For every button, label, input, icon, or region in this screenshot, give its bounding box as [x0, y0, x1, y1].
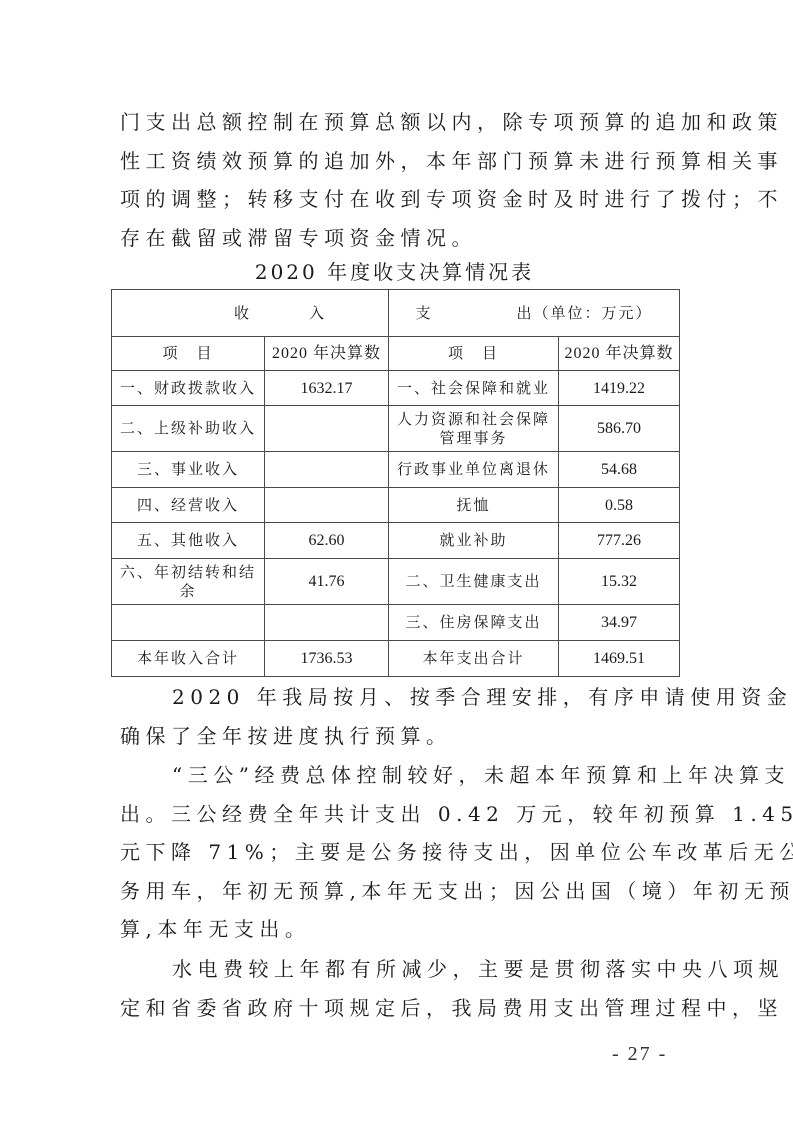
expense-value: 54.68	[559, 452, 680, 488]
income-expense-table: 收入 支出（单位：万元） 项 目 2020 年决算数 项 目 2020 年决算数…	[111, 289, 680, 677]
income-value	[265, 406, 389, 452]
expense-header-label-b: 出（单位：万元）	[517, 304, 653, 322]
text-line: 确保了全年按进度执行预算。	[120, 717, 682, 756]
paragraph-utilities: 水电费较上年都有所减少，主要是贯彻落实中央八项规 定和省委省政府十项规定后，我局…	[120, 950, 682, 1027]
income-value	[265, 605, 389, 641]
table-row: 二、上级补助收入 人力资源和社会保障管理事务 586.70	[112, 406, 680, 452]
paragraph-three-public-expenses: “三公”经费总体控制较好，未超本年预算和上年决算支 出。三公经费全年共计支出 0…	[120, 756, 682, 949]
col-header-income-value: 2020 年决算数	[265, 337, 389, 371]
text-line: 项的调整；转移支付在收到专项资金时及时进行了拨付；不	[120, 180, 682, 219]
expense-value: 15.32	[559, 559, 680, 605]
expense-item: 行政事业单位离退休	[389, 452, 559, 488]
page-number: - 27 -	[612, 1043, 667, 1066]
expense-item: 人力资源和社会保障管理事务	[389, 406, 559, 452]
table-total-row: 本年收入合计 1736.53 本年支出合计 1469.51	[112, 641, 680, 677]
text-line: 2020 年我局按月、按季合理安排，有序申请使用资金，	[120, 678, 682, 717]
text-line: 算,本年无支出。	[120, 910, 682, 949]
income-value	[265, 452, 389, 488]
text-line: 定和省委省政府十项规定后，我局费用支出管理过程中，坚	[120, 989, 682, 1028]
expense-total-label: 本年支出合计	[389, 641, 559, 677]
text-line: 门支出总额控制在预算总额以内，除专项预算的追加和政策	[120, 103, 682, 142]
expense-value: 34.97	[559, 605, 680, 641]
income-value: 62.60	[265, 523, 389, 559]
table-row: 一、财政拨款收入 1632.17 一、社会保障和就业 1419.22	[112, 371, 680, 406]
table-row: 六、年初结转和结余 41.76 二、卫生健康支出 15.32	[112, 559, 680, 605]
expense-value: 0.58	[559, 488, 680, 523]
income-item: 一、财政拨款收入	[112, 371, 265, 406]
expense-value: 1419.22	[559, 371, 680, 406]
income-value: 1632.17	[265, 371, 389, 406]
table-title: 2020 年度收支决算情况表	[111, 259, 678, 285]
table-row: 三、住房保障支出 34.97	[112, 605, 680, 641]
table-row: 三、事业收入 行政事业单位离退休 54.68	[112, 452, 680, 488]
table-row: 四、经营收入 抚恤 0.58	[112, 488, 680, 523]
income-section-header: 收入	[112, 290, 389, 337]
text-line: “三公”经费总体控制较好，未超本年预算和上年决算支	[120, 756, 682, 795]
expense-item: 三、住房保障支出	[389, 605, 559, 641]
income-total-label: 本年收入合计	[112, 641, 265, 677]
text-line: 元下降 71%；主要是公务接待支出，因单位公车改革后无公	[120, 833, 682, 872]
col-header-expense-item: 项 目	[389, 337, 559, 371]
income-item: 二、上级补助收入	[112, 406, 265, 452]
income-item: 五、其他收入	[112, 523, 265, 559]
col-header-income-item: 项 目	[112, 337, 265, 371]
income-value: 41.76	[265, 559, 389, 605]
expense-item: 就业补助	[389, 523, 559, 559]
expense-total-value: 1469.51	[559, 641, 680, 677]
expense-header-label-a: 支	[415, 304, 432, 322]
expense-item: 抚恤	[389, 488, 559, 523]
text-line: 务用车，年初无预算,本年无支出；因公出国（境）年初无预	[120, 872, 682, 911]
income-header-label-b: 入	[309, 304, 326, 322]
income-item: 四、经营收入	[112, 488, 265, 523]
expense-section-header: 支出（单位：万元）	[389, 290, 680, 337]
expense-value: 777.26	[559, 523, 680, 559]
text-line: 水电费较上年都有所减少，主要是贯彻落实中央八项规	[120, 950, 682, 989]
column-header-row: 项 目 2020 年决算数 项 目 2020 年决算数	[112, 337, 680, 371]
income-value	[265, 488, 389, 523]
text-line: 出。三公经费全年共计支出 0.42 万元，较年初预算 1.45 万	[120, 795, 682, 834]
income-header-label-a: 收	[234, 304, 251, 322]
expense-value: 586.70	[559, 406, 680, 452]
income-item: 六、年初结转和结余	[112, 559, 265, 605]
table-row: 五、其他收入 62.60 就业补助 777.26	[112, 523, 680, 559]
paragraph-budget-control: 门支出总额控制在预算总额以内，除专项预算的追加和政策 性工资绩效预算的追加外，本…	[120, 103, 682, 257]
income-item: 三、事业收入	[112, 452, 265, 488]
text-line: 性工资绩效预算的追加外，本年部门预算未进行预算相关事	[120, 142, 682, 181]
expense-item: 二、卫生健康支出	[389, 559, 559, 605]
col-header-expense-value: 2020 年决算数	[559, 337, 680, 371]
table-header-row: 收入 支出（单位：万元）	[112, 290, 680, 337]
text-line: 存在截留或滞留专项资金情况。	[120, 219, 682, 258]
income-total-value: 1736.53	[265, 641, 389, 677]
paragraph-funding-schedule: 2020 年我局按月、按季合理安排，有序申请使用资金， 确保了全年按进度执行预算…	[120, 678, 682, 755]
income-item	[112, 605, 265, 641]
expense-item: 一、社会保障和就业	[389, 371, 559, 406]
